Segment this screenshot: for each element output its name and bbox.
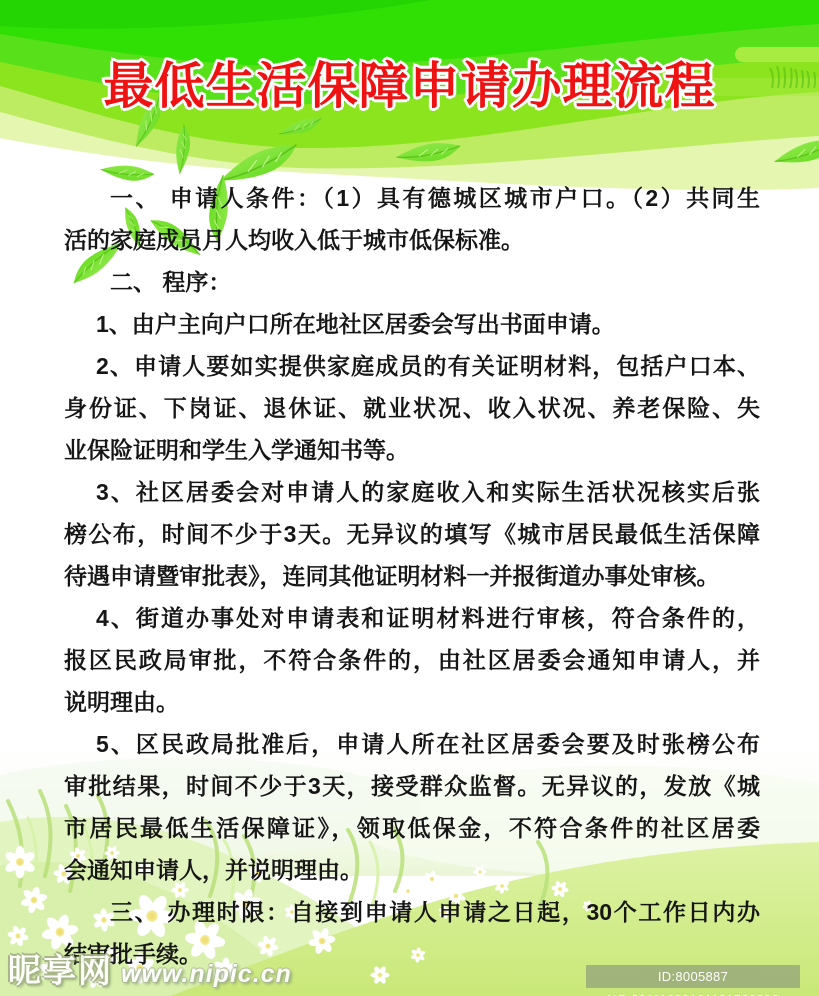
text-line: 2、申请人要如实提供家庭成员的有关证明材料，包括户口本、 <box>64 345 760 387</box>
text-line: 说明理由。 <box>64 681 760 723</box>
text-line: 二、 程序： <box>64 261 760 303</box>
body-text: 一、 申请人条件：（1）具有德城区城市户口。（2）共同生活的家庭成员月人均收入低… <box>64 177 760 975</box>
site-watermark: 昵享网 www.nipic.cn <box>8 945 292 992</box>
text-line: 报区民政局审批，不符合条件的，由社区居委会通知申请人，并 <box>64 639 760 681</box>
text-line: 一、 申请人条件：（1）具有德城区城市户口。（2）共同生 <box>64 177 760 219</box>
page-title: 最低生活保障申请办理流程 <box>0 56 819 116</box>
image-id-badge: ID:8005887 NO:20111022101121566306 <box>586 965 800 988</box>
poster: 最低生活保障申请办理流程 一、 申请人条件：（1）具有德城区城市户口。（2）共同… <box>0 0 819 996</box>
text-line: 待遇申请暨审批表》，连同其他证明材料一并报街道办事处审核。 <box>64 555 760 597</box>
text-line: 身份证、下岗证、退休证、就业状况、收入状况、养老保险、失 <box>64 387 760 429</box>
text-line: 4、街道办事处对申请表和证明材料进行审核，符合条件的， <box>64 597 760 639</box>
text-line: 1、由户主向户口所在地社区居委会写出书面申请。 <box>64 303 760 345</box>
text-line: 活的家庭成员月人均收入低于城市低保标准。 <box>64 219 760 261</box>
text-line: 三、 办理时限：自接到申请人申请之日起，30个工作日内办 <box>64 891 760 933</box>
site-name-logo: 昵享网 <box>8 945 113 992</box>
text-line: 3、社区居委会对申请人的家庭收入和实际生活状况核实后张 <box>64 471 760 513</box>
site-url-text: www.nipic.cn <box>121 960 292 989</box>
text-line: 审批结果，时间不少于3天，接受群众监督。无异议的，发放《城 <box>64 765 760 807</box>
text-line: 业保险证明和学生入学通知书等。 <box>64 429 760 471</box>
text-line: 5、区民政局批准后，申请人所在社区居委会要及时张榜公布 <box>64 723 760 765</box>
text-line: 会通知申请人，并说明理由。 <box>64 849 760 891</box>
text-line: 市居民最低生活保障证》，领取低保金，不符合条件的社区居委 <box>64 807 760 849</box>
text-line: 榜公布，时间不少于3天。无异议的填写《城市居民最低生活保障 <box>64 513 760 555</box>
